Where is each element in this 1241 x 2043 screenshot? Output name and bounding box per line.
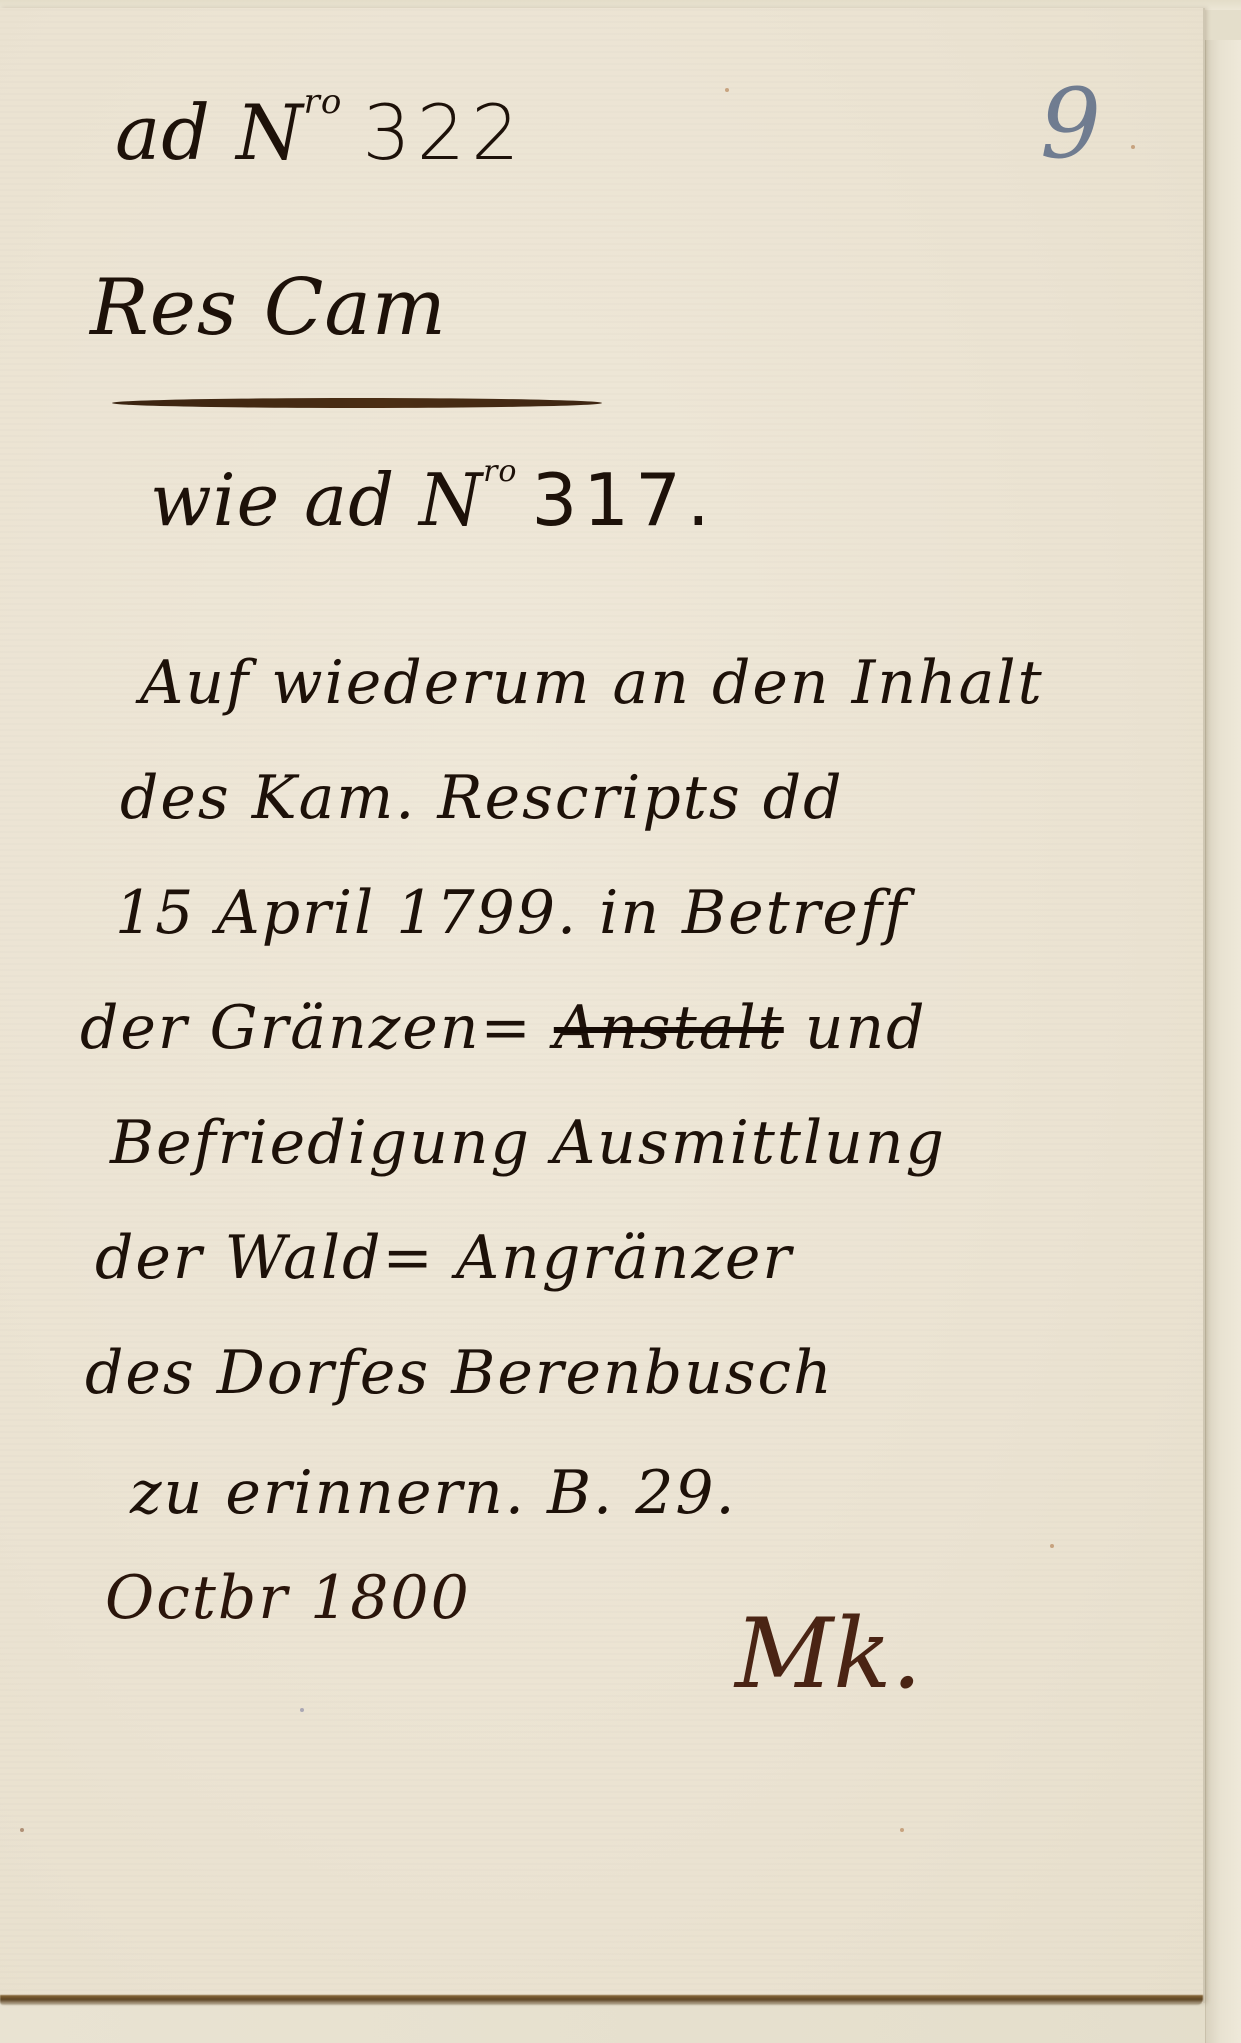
backing-sheet-right-edge [1205, 40, 1241, 2043]
heading: Res Cam [90, 263, 447, 353]
body-text-fragment: und [805, 993, 927, 1063]
folio-number: 9 [1040, 68, 1101, 180]
reference-number: 322 [362, 88, 525, 177]
body-line: Auf wiederum an den Inhalt [140, 648, 1044, 718]
reference-prefix: ad N [115, 88, 304, 177]
body-line: Befriedigung Ausmittlung [110, 1108, 946, 1178]
body-text-fragment: der Gränzen= [80, 993, 533, 1063]
reference-second-prefix: wie ad N [150, 458, 483, 542]
body-line: 15 April 1799. in Betreff [115, 878, 908, 948]
reference-second-superscript: ro [483, 454, 517, 489]
body-line-with-strikethrough: der Gränzen= Anstalt und [80, 993, 927, 1063]
heading-underline [112, 398, 602, 408]
body-line: zu erinnern. B. 29. [130, 1458, 737, 1528]
sheet-bottom-edge [0, 1995, 1203, 2005]
body-line: der Wald= Angränzer [95, 1223, 793, 1293]
reference-second: wie ad Nro317. [150, 458, 716, 542]
paper-sheet: ad Nro322 9 Res Cam wie ad Nro317. Auf w… [0, 8, 1205, 2003]
reference-superscript: ro [304, 82, 343, 122]
body-line: des Kam. Rescripts dd [120, 763, 844, 833]
reference-top: ad Nro322 [115, 88, 525, 177]
reference-second-number: 317. [531, 458, 715, 542]
body-line: des Dorfes Berenbusch [85, 1338, 834, 1408]
signature: Mk. [735, 1598, 922, 1710]
body-line-date: Octbr 1800 [105, 1563, 471, 1633]
struck-word: Anstalt [554, 993, 784, 1063]
